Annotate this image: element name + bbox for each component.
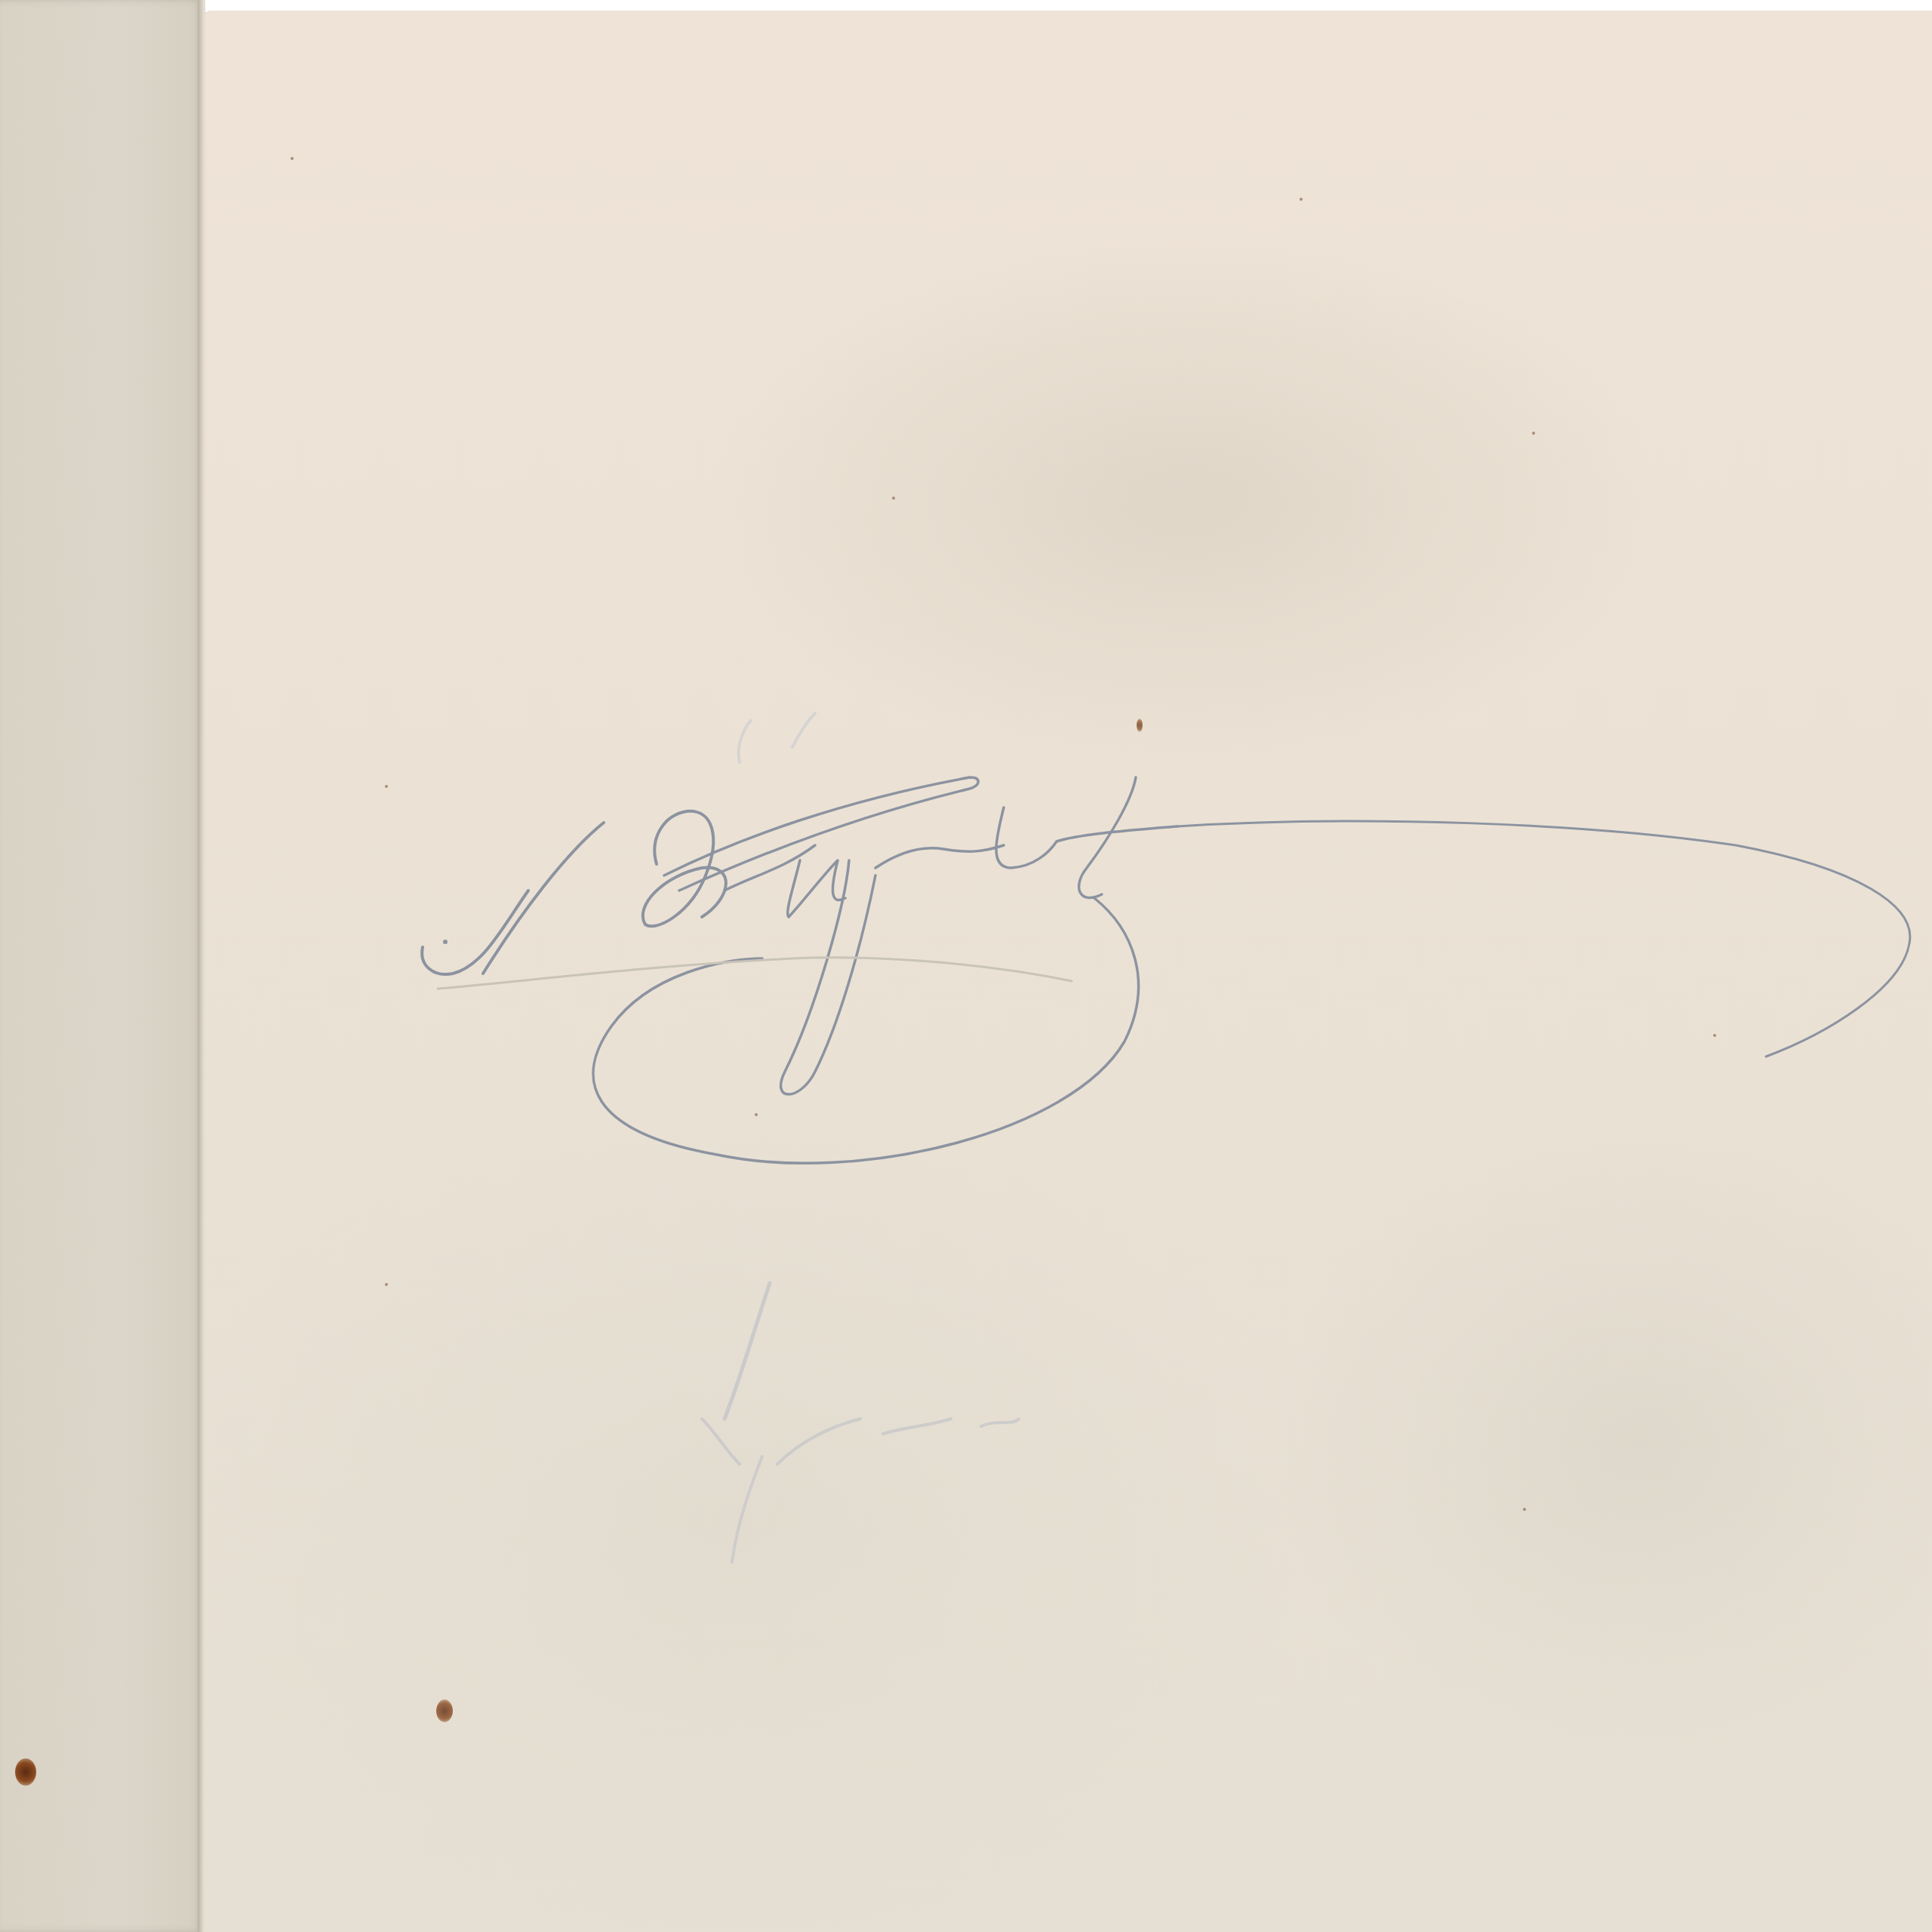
book-photo: illegible handwritten signature with lar… [0, 0, 1932, 1932]
pencil-signature [0, 0, 1932, 1932]
